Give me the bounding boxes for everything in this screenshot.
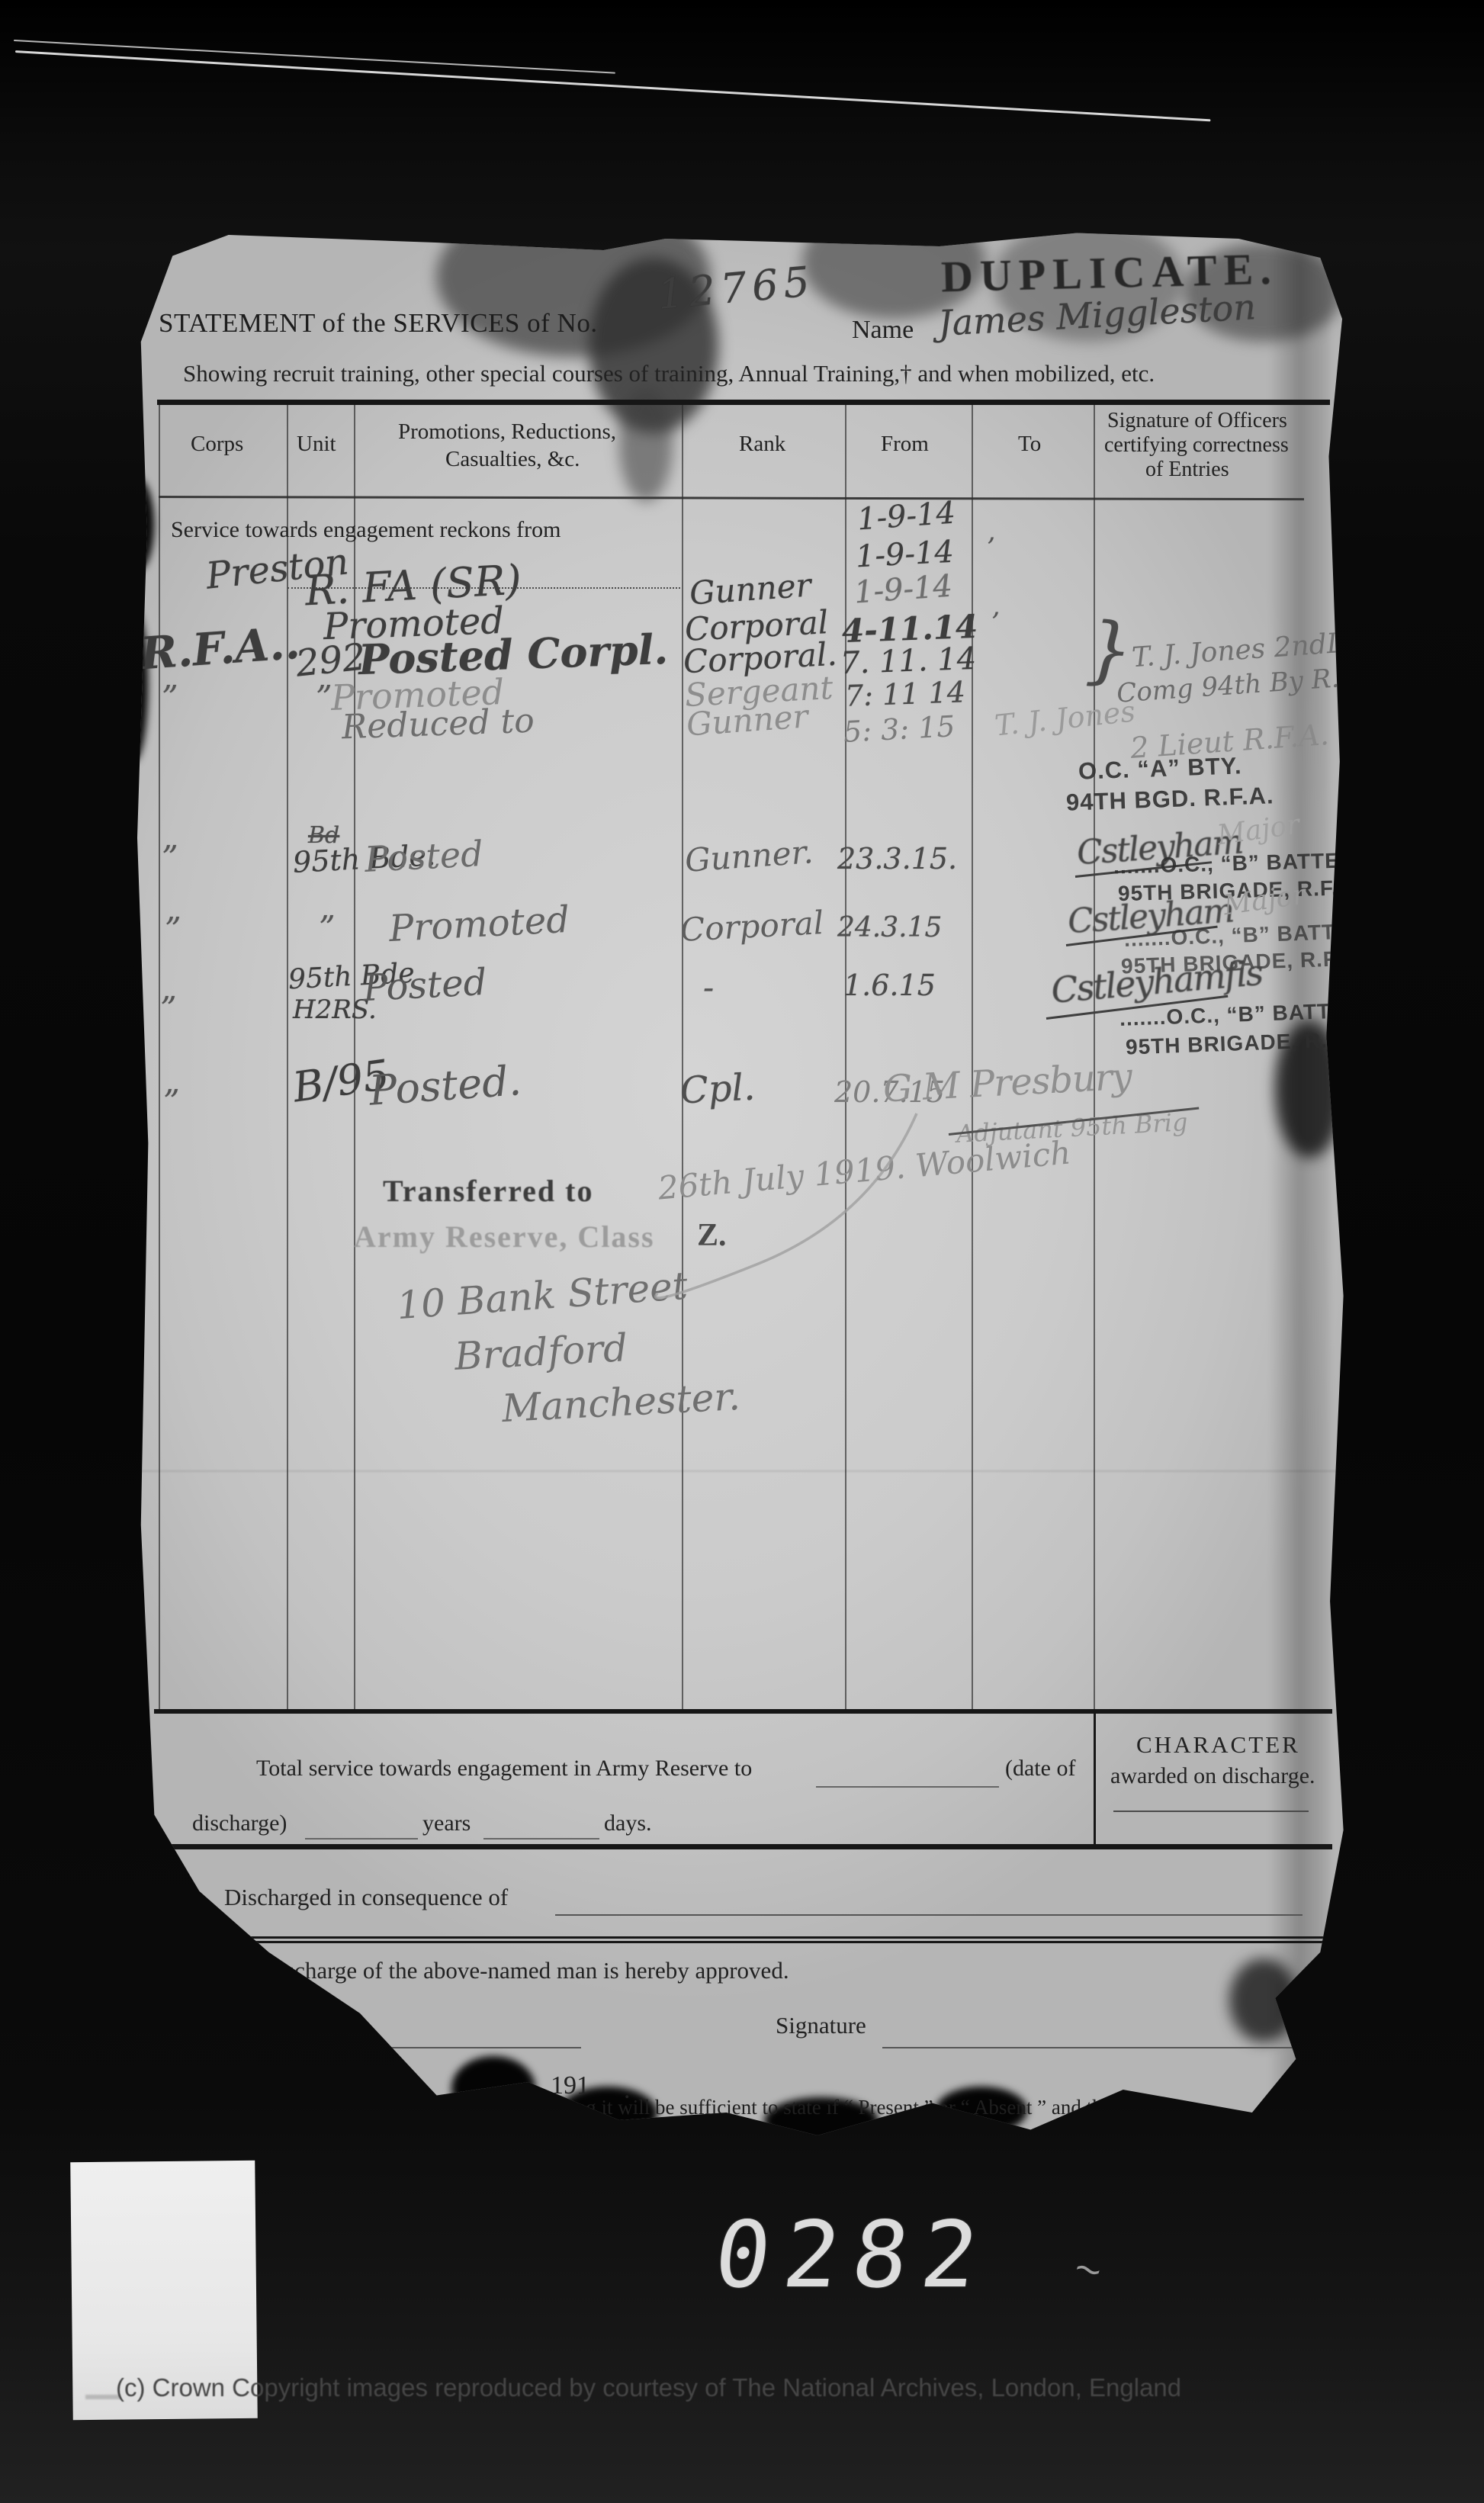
col-header-promotions-2: Casualties, &c. (445, 447, 580, 472)
rank-gunner-3: Gunner. (683, 833, 814, 879)
date-from: 5: 3: 15 (843, 709, 956, 749)
paper-fold-line (139, 1470, 1336, 1472)
date-of-label: (date of (1005, 1756, 1075, 1782)
approved-line: The discharge of the above-named man is … (224, 1957, 789, 1984)
character-underline (1113, 1811, 1309, 1812)
torn-edge (122, 479, 154, 570)
entry-posted: Posted (364, 833, 484, 880)
col-header-from: From (881, 432, 929, 457)
transfer-date-place: 26th July 1919. Woolwich (657, 1133, 1072, 1207)
frame-counter: 0282 (708, 2203, 997, 2309)
discharge-label: discharge) (192, 1811, 287, 1836)
date-from: 1-9-14 (856, 496, 957, 538)
character-subtext: awarded on discharge. (1110, 1763, 1315, 1789)
stamp-transferred-to: Transferred to (383, 1173, 593, 1209)
ditto-mark: ” (165, 911, 181, 948)
address-line: Bradford (454, 1325, 629, 1379)
years-label: years (422, 1811, 471, 1836)
col-header-promotions: Promotions, Reductions, (398, 419, 616, 445)
stamp-class-z: Z. (697, 1217, 727, 1254)
entry-posted-2: Posted (362, 961, 488, 1010)
copyright-line: (c) Crown Copyright images reproduced by… (116, 2373, 1181, 2402)
service-reckons-line: Service towards engagement reckons from (171, 517, 561, 543)
summary-top-border (154, 1709, 1332, 1714)
signature-label: Signature (776, 2012, 866, 2039)
rank-corporal-3: Corporal (679, 904, 825, 949)
blank-line (816, 1786, 999, 1788)
form-subtitle: Showing recruit training, other special … (183, 360, 1155, 387)
stamp-oc-a-bty: O.C. “A” BTY. (1078, 752, 1242, 785)
rank-gunner-faint: Gunner (685, 697, 809, 743)
ditto-mark: ” (319, 909, 335, 946)
character-heading: CHARACTER (1136, 1731, 1300, 1759)
blank-line (483, 1838, 599, 1839)
date-from: 23.3.15. (837, 842, 957, 876)
stamp-94-bgd: 94TH BGD. R.F.A. (1065, 782, 1274, 816)
days-label: days. (604, 1811, 652, 1836)
blank-line (305, 1838, 418, 1839)
ditto-mark: ” (163, 1083, 179, 1120)
date-from: 1.6.15 (843, 969, 936, 1002)
ditto-mark: ” (162, 679, 178, 716)
ditto-mark: ” (316, 679, 332, 716)
blank-line (555, 1914, 1303, 1916)
check-mark: ~ (1068, 2244, 1109, 2293)
col-header-unit: Unit (297, 432, 336, 457)
tick-mark: ’ (987, 532, 995, 563)
table-vline (972, 405, 973, 1711)
col-header-corps: Corps (191, 432, 243, 457)
blank-line (374, 2108, 548, 2109)
corps-rfa: R.F.A.. (139, 617, 302, 680)
stamp-army-reserve: Army Reserve, Class (354, 1219, 655, 1255)
entry-posted-3: Posted. (368, 1056, 523, 1115)
double-rule (153, 1936, 1331, 1939)
station-label-fragment: ation (162, 2015, 209, 2042)
name-label: Name (852, 316, 914, 345)
total-service-line: Total service towards engagement in Army… (256, 1756, 752, 1782)
ditto-mark: ” (162, 839, 178, 876)
stamp-oc-b-battery: .......O.C., “B” BATTERY, (1119, 998, 1381, 1031)
table-top-border (157, 400, 1330, 405)
torn-edge (451, 2056, 535, 2121)
ditto-mark: ” (160, 990, 176, 1027)
document-page: DUPLICATE. STATEMENT of the SERVICES of … (131, 227, 1348, 2135)
scan-scratch-line (15, 50, 1211, 121)
table-vline (682, 405, 683, 1711)
rank-cpl: Cpl. (679, 1065, 756, 1112)
tick-mark: ’ (991, 607, 1000, 638)
stamp-95-brigade: 95TH BRIGADE, R.F.A. (1126, 1027, 1370, 1059)
torn-edge (120, 609, 148, 761)
address-line: 10 Bank Street (395, 1264, 689, 1329)
summary-divider (1094, 1709, 1096, 1849)
date-from: 24.3.15 (837, 912, 942, 943)
discharged-line: Discharged in consequence of (224, 1884, 508, 1911)
double-rule (153, 1941, 1331, 1943)
col-header-signature-3: of Entries (1145, 458, 1229, 482)
col-header-signature: Signature of Officers (1107, 409, 1287, 433)
date-from: 1-9-14 (855, 535, 955, 575)
summary-bottom-border (151, 1844, 1332, 1849)
col-header-rank: Rank (739, 432, 785, 457)
signature-jones-2: T. J. Jones (993, 694, 1137, 742)
col-header-to: To (1018, 432, 1041, 457)
date-from: 7: 11 14 (844, 675, 965, 712)
table-vline (287, 405, 288, 1711)
header-underline (159, 496, 1304, 500)
rank-dash: - (703, 969, 714, 1006)
address-line: Manchester. (501, 1374, 741, 1431)
table-vline (845, 405, 846, 1711)
col-header-signature-2: certifying correctness (1104, 433, 1289, 458)
table-vline (159, 405, 160, 1711)
blank-line (882, 2047, 1300, 2048)
blank-line (229, 2047, 581, 2048)
entry-reduced-to: Reduced to (341, 702, 535, 747)
form-title: STATEMENT of the SERVICES of No. (159, 308, 598, 339)
entry-promoted-3: Promoted (388, 898, 571, 950)
footnote: se of Annual Training it will be suffici… (417, 2096, 1156, 2119)
date-from: 1-9-14 (853, 569, 954, 611)
